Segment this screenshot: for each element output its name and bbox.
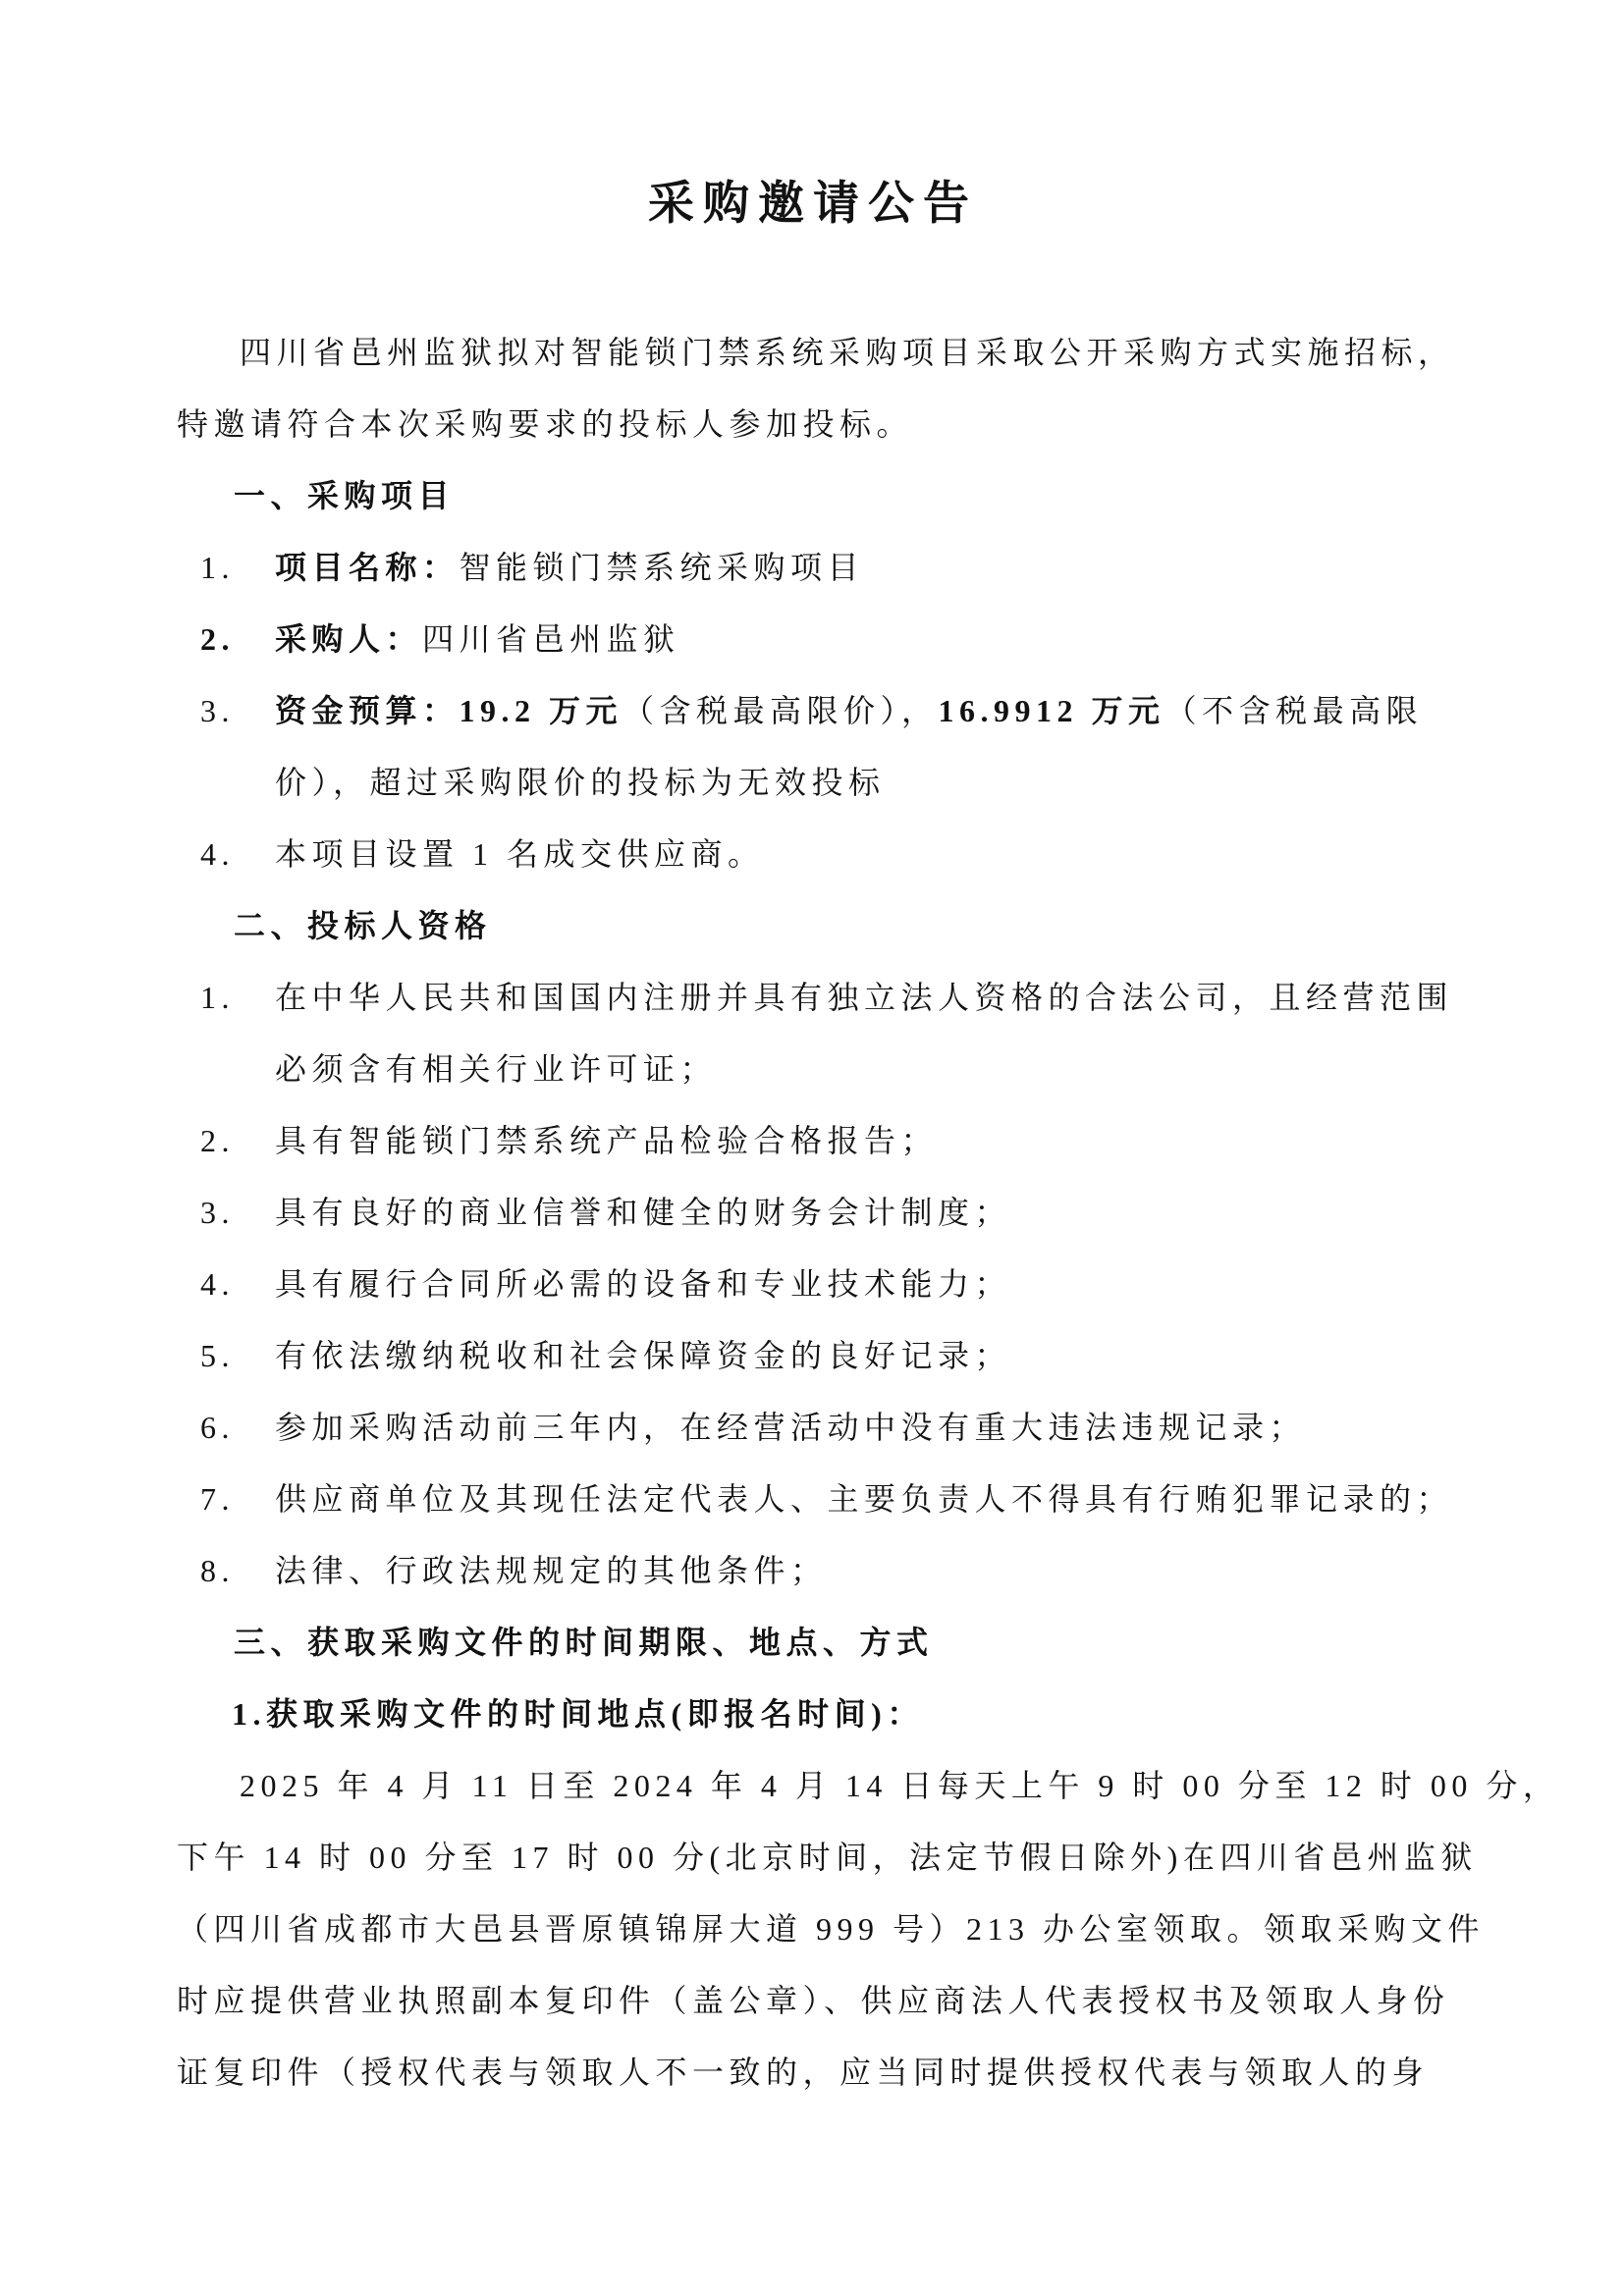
item-body: 具有智能锁门禁系统产品检验合格报告； [275,1105,1449,1177]
item-number: 6. [177,1392,275,1464]
item-label: 项目名称： [275,550,460,585]
item-text: 智能锁门禁系统采购项目 [460,550,865,585]
list-item: 6. 参加采购活动前三年内，在经营活动中没有重大违法违规记录； [177,1392,1449,1464]
list-item: 5. 有依法缴纳税收和社会保障资金的良好记录； [177,1320,1449,1392]
intro-line-1: 四川省邑州监狱拟对智能锁门禁系统采购项目采取公开采购方式实施招标， [177,317,1449,389]
item-line: 具有良好的商业信誉和健全的财务会计制度； [275,1177,1449,1249]
item-body: 在中华人民共和国国内注册并具有独立法人资格的合法公司，且经营范围 必须含有相关行… [275,962,1449,1105]
item-number: 7. [177,1464,275,1535]
list-item: 2. 具有智能锁门禁系统产品检验合格报告； [177,1105,1449,1177]
list-item: 8. 法律、行政法规规定的其他条件； [177,1535,1449,1607]
item-body: 法律、行政法规规定的其他条件； [275,1535,1449,1607]
item-body: 供应商单位及其现任法定代表人、主要负责人不得具有行贿犯罪记录的； [275,1464,1449,1535]
pickup-paragraph-line-4: 时应提供营业执照副本复印件（盖公章）、供应商法人代表授权书及领取人身份 [177,1965,1449,2037]
item-line: 采购人：四川省邑州监狱 [275,604,1449,675]
item-body: 具有良好的商业信誉和健全的财务会计制度； [275,1177,1449,1249]
item-label: 采购人： [275,621,422,657]
item-number: 5. [177,1320,275,1392]
item-body: 本项目设置 1 名成交供应商。 [275,819,1449,890]
item-label: 资金预算： [275,693,460,728]
list-item: 4. 具有履行合同所必需的设备和专业技术能力； [177,1249,1449,1320]
item-line: 具有履行合同所必需的设备和专业技术能力； [275,1249,1449,1320]
section1-heading: 一、采购项目 [177,460,1449,532]
item-text: （含税最高限价）， [623,693,939,728]
list-item: 3. 资金预算：19.2 万元（含税最高限价），16.9912 万元（不含税最高… [177,675,1449,819]
section2-heading: 二、投标人资格 [177,890,1449,962]
budget-amount-with-tax: 19.2 万元 [460,693,623,728]
pickup-paragraph-line-1: 2025 年 4 月 11 日至 2024 年 4 月 14 日每天上午 9 时… [177,1750,1449,1822]
item-body: 采购人：四川省邑州监狱 [275,604,1449,675]
item-line: 项目名称：智能锁门禁系统采购项目 [275,532,1449,604]
pickup-paragraph-line-5: 证复印件（授权代表与领取人不一致的，应当同时提供授权代表与领取人的身 [177,2037,1449,2109]
item-text: （不含税最高限 [1165,693,1424,728]
item-number: 4. [177,819,275,890]
item-line: 有依法缴纳税收和社会保障资金的良好记录； [275,1320,1449,1392]
item-line: 供应商单位及其现任法定代表人、主要负责人不得具有行贿犯罪记录的； [275,1464,1449,1535]
list-item: 4. 本项目设置 1 名成交供应商。 [177,819,1449,890]
pickup-paragraph-line-2: 下午 14 时 00 分至 17 时 00 分(北京时间，法定节假日除外)在四川… [177,1822,1449,1894]
item-line: 资金预算：19.2 万元（含税最高限价），16.9912 万元（不含税最高限 [275,675,1449,747]
item-number: 8. [177,1535,275,1607]
section3-subheading: 1.获取采购文件的时间地点(即报名时间)： [177,1679,1449,1750]
item-number: 3. [177,675,275,747]
list-item: 1. 在中华人民共和国国内注册并具有独立法人资格的合法公司，且经营范围 必须含有… [177,962,1449,1105]
item-body: 资金预算：19.2 万元（含税最高限价），16.9912 万元（不含税最高限 价… [275,675,1449,819]
item-number: 3. [177,1177,275,1249]
item-line-continued: 必须含有相关行业许可证； [275,1034,1449,1105]
document-title: 采购邀请公告 [177,167,1449,233]
document-page: 采购邀请公告 四川省邑州监狱拟对智能锁门禁系统采购项目采取公开采购方式实施招标，… [0,0,1624,2296]
item-line: 在中华人民共和国国内注册并具有独立法人资格的合法公司，且经营范围 [275,962,1449,1034]
item-body: 具有履行合同所必需的设备和专业技术能力； [275,1249,1449,1320]
list-item: 3. 具有良好的商业信誉和健全的财务会计制度； [177,1177,1449,1249]
item-number: 2. [177,1105,275,1177]
item-line: 参加采购活动前三年内，在经营活动中没有重大违法违规记录； [275,1392,1449,1464]
item-number: 2. [177,604,275,675]
item-text: 四川省邑州监狱 [422,621,680,657]
item-number: 1. [177,962,275,1034]
item-line: 具有智能锁门禁系统产品检验合格报告； [275,1105,1449,1177]
item-number: 1. [177,532,275,604]
budget-amount-without-tax: 16.9912 万元 [939,693,1165,728]
item-body: 有依法缴纳税收和社会保障资金的良好记录； [275,1320,1449,1392]
item-line: 法律、行政法规规定的其他条件； [275,1535,1449,1607]
item-number: 4. [177,1249,275,1320]
section3-heading: 三、获取采购文件的时间期限、地点、方式 [177,1607,1449,1679]
item-body: 参加采购活动前三年内，在经营活动中没有重大违法违规记录； [275,1392,1449,1464]
item-body: 项目名称：智能锁门禁系统采购项目 [275,532,1449,604]
list-item: 1. 项目名称：智能锁门禁系统采购项目 [177,532,1449,604]
list-item: 7. 供应商单位及其现任法定代表人、主要负责人不得具有行贿犯罪记录的； [177,1464,1449,1535]
item-line-continued: 价），超过采购限价的投标为无效投标 [275,747,1449,819]
pickup-paragraph-line-3: （四川省成都市大邑县晋原镇锦屏大道 999 号）213 办公室领取。领取采购文件 [177,1894,1449,1965]
list-item: 2. 采购人：四川省邑州监狱 [177,604,1449,675]
item-line: 本项目设置 1 名成交供应商。 [275,819,1449,890]
intro-line-2: 特邀请符合本次采购要求的投标人参加投标。 [177,389,1449,460]
